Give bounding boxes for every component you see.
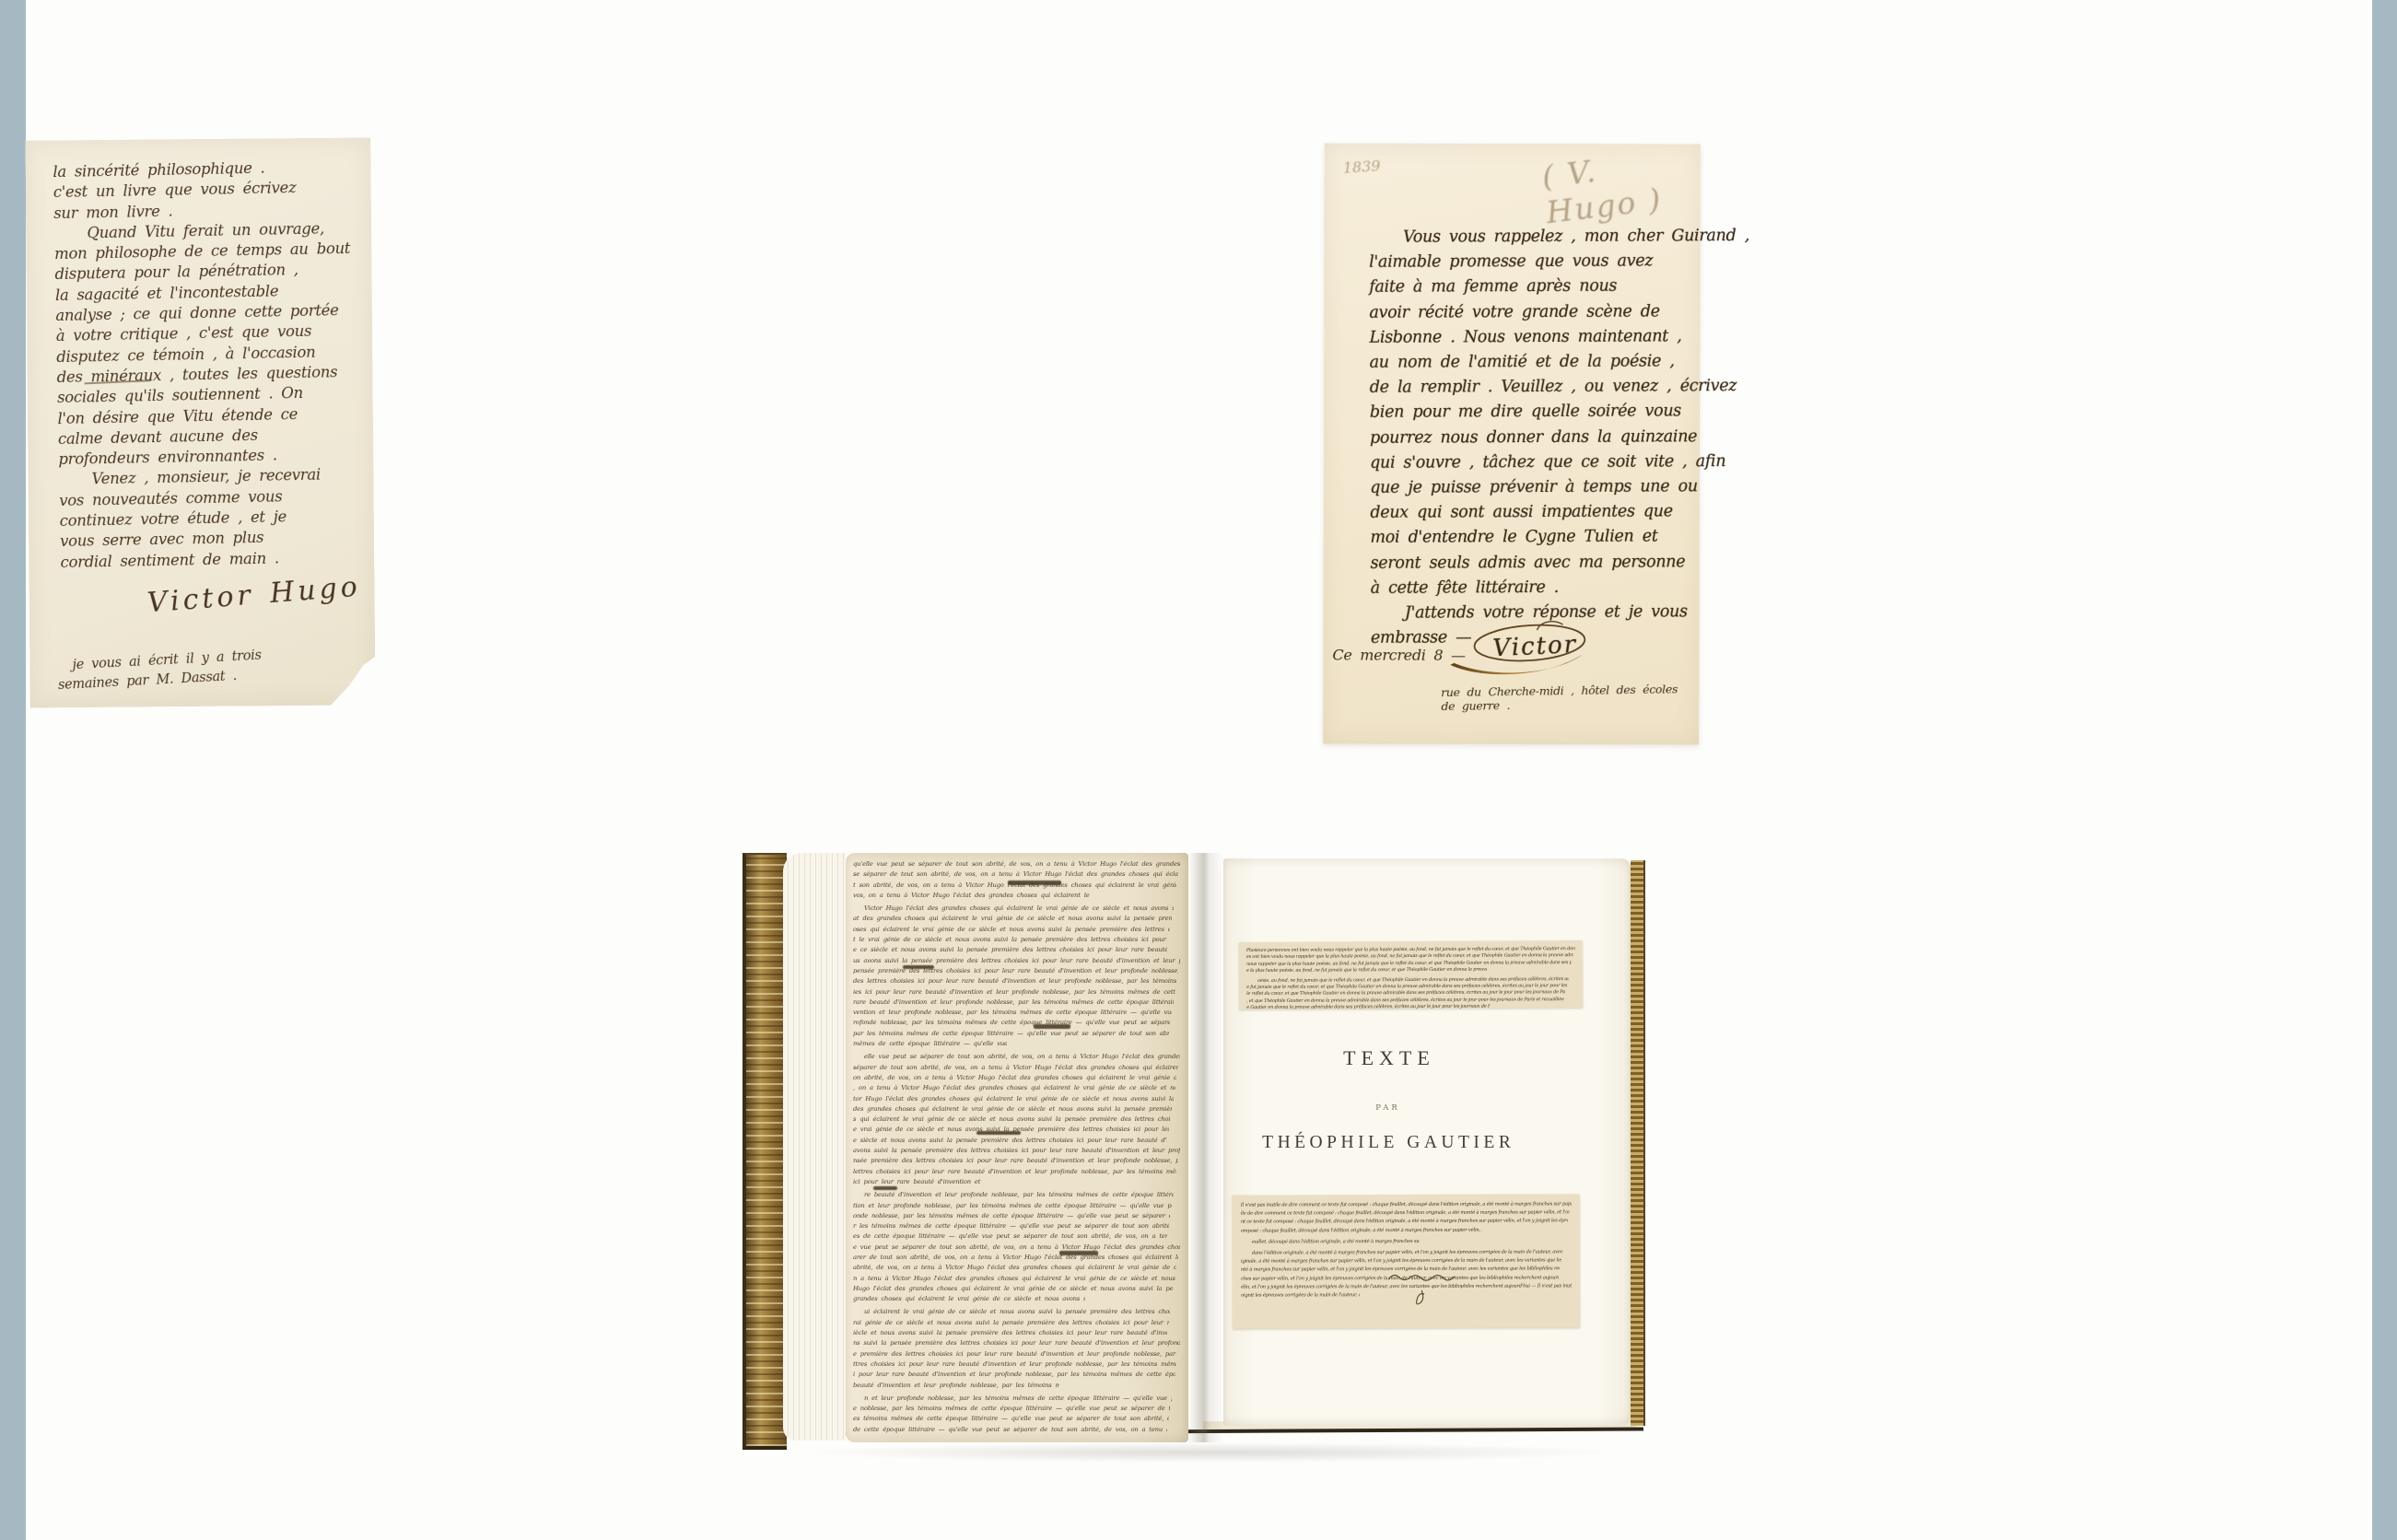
manuscript-line: pensée première des lettres choisies ici…	[853, 966, 1178, 976]
clipping-line: e Gautier en donna la preuve admirable d…	[1246, 1004, 1490, 1012]
gilt-beaded-edge-right	[1631, 860, 1645, 1426]
manuscript-line: se séparer de tout son abrité, de vos, o…	[853, 869, 1178, 880]
gilt-board-edge-left	[742, 853, 787, 1450]
manuscript-line: des lettres choisies ici pour leur rare …	[853, 976, 1176, 986]
manuscript-line: nsée première des lettres choisies ici p…	[853, 1156, 1178, 1166]
manuscript-line: de cette époque littéraire — qu'elle vue…	[853, 1425, 1167, 1435]
handwriting-line: Vous vous rappelez , mon cher Guirand ,	[1369, 224, 1691, 251]
manuscript-line: elle vue peut se séparer de tout son abr…	[853, 1052, 1180, 1062]
clipping-line: euillet, découpé dans l'édition original…	[1241, 1238, 1420, 1247]
manuscript-line: beauté d'invention et leur profonde nobl…	[853, 1381, 1059, 1391]
book-byline: PAR	[1223, 1103, 1549, 1113]
page-edges-stack	[783, 853, 846, 1441]
manuscript-line: mêmes de cette époque littéraire — qu'el…	[853, 1039, 1007, 1049]
clipping-line: oignit les épreuves corrigées de la main…	[1241, 1291, 1360, 1301]
manuscript-line: e première des lettres choisies ici pour…	[853, 1349, 1178, 1359]
manuscript-line: ttres choisies ici pour leur rare beauté…	[853, 1359, 1176, 1370]
manuscript-text-block: qu'elle vue peut se séparer de tout son …	[853, 859, 1180, 1437]
manuscript-line: tor Hugo l'éclat des grandes choses qui …	[853, 1094, 1174, 1104]
manuscript-line: des grandes choses qui éclairent le vrai…	[853, 1104, 1172, 1114]
manuscript-line: es témoins mêmes de cette époque littéra…	[853, 1414, 1169, 1424]
manuscript-line: ue peut se séparer de tout son abrité, d…	[853, 1435, 1180, 1437]
handwriting-line: Lisbonne . Nous venons maintenant ,	[1369, 324, 1691, 351]
handwritten-letter-right: 1839 ( V. Hugo ) Vous vous rappelez , mo…	[1323, 143, 1701, 744]
handwriting-line: bien pour me dire quelle soirée vous	[1370, 400, 1692, 426]
handwriting-line: à cette fête littéraire .	[1371, 575, 1693, 601]
right-border-band	[2372, 0, 2397, 1540]
manuscript-line: vos, on a tenu à Victor Hugo l'éclat des…	[853, 891, 1092, 901]
manuscript-line: es de cette époque littéraire — qu'elle …	[853, 1231, 1167, 1242]
handwritten-letter-left: la sincérité philosophique .c'est un liv…	[25, 137, 375, 707]
letter-left-body: la sincérité philosophique .c'est un liv…	[53, 157, 365, 573]
handwriting-line: que je puisse prévenir à temps une ou	[1370, 474, 1692, 501]
manuscript-line: , on a tenu à Victor Hugo l'éclat des gr…	[853, 1083, 1175, 1093]
ink-smudge	[873, 1186, 897, 1190]
manuscript-line: avons suivi la pensée première des lettr…	[853, 1146, 1180, 1156]
manuscript-line: t le vrai génie de ce siècle et nous avo…	[853, 935, 1169, 945]
manuscript-line: us avons suivi la pensée première des le…	[853, 956, 1180, 966]
letter-left-postscript: je vous ai écrit il y a troissemaines pa…	[56, 647, 263, 696]
handwriting-line: l'aimable promesse que vous avez	[1369, 249, 1691, 275]
ink-smudge	[903, 965, 934, 969]
manuscript-line: on abrité, de vos, on a tenu à Victor Hu…	[853, 1073, 1176, 1083]
manuscript-line: oses qui éclairent le vrai génie de ce s…	[853, 925, 1170, 935]
manuscript-line: ns suivi la pensée première des lettres …	[853, 1338, 1180, 1348]
manuscript-line: iècle et nous avons suivi la pensée prem…	[853, 1328, 1167, 1338]
handwriting-line: de la remplir . Veuillez , ou venez , éc…	[1370, 375, 1692, 402]
handwriting-line: au nom de l'amitié et de la poésie ,	[1370, 349, 1692, 376]
manuscript-line: e vue peut se séparer de tout son abrité…	[853, 1242, 1180, 1253]
book-gutter-shadow	[1188, 853, 1223, 1442]
book-title: TEXTE	[1223, 1046, 1549, 1070]
handwriting-line: avoir récité votre grande scène de	[1369, 299, 1691, 326]
manuscript-line: r les témoins mêmes de cette époque litt…	[853, 1221, 1169, 1231]
manuscript-line: grandes choses qui éclairent le vrai gén…	[853, 1294, 1085, 1304]
pencil-year-note: 1839	[1342, 157, 1381, 177]
manuscript-line: i pour leur rare beauté d'invention et l…	[853, 1370, 1175, 1380]
ink-smudge	[976, 1131, 1021, 1135]
manuscript-line: lettres choisies ici pour leur rare beau…	[853, 1167, 1176, 1177]
pasted-clipping-bottom: Il n'est pas inutile de dire comment ce …	[1233, 1194, 1581, 1328]
book-author: THÉOPHILE GAUTIER	[1223, 1133, 1549, 1153]
handwritten-annotation	[1385, 1268, 1467, 1307]
manuscript-line: ici pour leur rare beauté d'invention et…	[853, 1177, 984, 1187]
manuscript-line: n et leur profonde noblesse, par les tém…	[853, 1394, 1172, 1404]
manuscript-line: qu'elle vue peut se séparer de tout son …	[853, 859, 1180, 869]
manuscript-line: s qui éclairent le vrai génie de ce sièc…	[853, 1114, 1170, 1125]
pencil-attribution-note: ( V. Hugo )	[1540, 140, 1704, 230]
clipping-line: e la plus haute poésie, au fond, ne fut …	[1246, 967, 1487, 975]
open-book: qu'elle vue peut se séparer de tout son …	[742, 851, 1649, 1452]
left-border-band	[0, 0, 26, 1540]
manuscript-line: ui éclairent le vrai génie de ce siècle …	[853, 1307, 1170, 1317]
manuscript-line: séparer de tout son abrité, de vos, on a…	[853, 1063, 1178, 1073]
clipping-line: omposé : chaque feuillet, découpé dans l…	[1241, 1226, 1482, 1235]
manuscript-line: at des grandes choses qui éclairent le v…	[853, 914, 1172, 924]
signature-victor: Victor	[1492, 631, 1578, 663]
auction-photo-page: la sincérité philosophique .c'est un liv…	[0, 0, 2397, 1540]
handwriting-line: pourrez nous donner dans la quinzaine	[1370, 425, 1692, 451]
manuscript-line: e ce siècle et nous avons suivi la pensé…	[853, 945, 1167, 955]
pasted-clipping-top: Plusieurs personnes ont bien voulu nous …	[1239, 940, 1583, 1009]
handwriting-line: qui s'ouvre , tâchez que ce soit vite , …	[1370, 449, 1692, 476]
ink-smudge	[1059, 1251, 1098, 1255]
handwriting-line: faite à ma femme après nous	[1369, 274, 1691, 301]
manuscript-line: rai génie de ce siècle et nous avons sui…	[853, 1318, 1169, 1328]
letter-right-body: Vous vous rappelez , mon cher Guirand ,l…	[1369, 224, 1693, 651]
manuscript-line: Victor Hugo l'éclat des grandes choses q…	[853, 904, 1174, 914]
manuscript-line: onde noblesse, par les témoins mêmes de …	[853, 1211, 1170, 1221]
manuscript-line: rare beauté d'invention et leur profonde…	[853, 997, 1174, 1008]
manuscript-line: rofonde noblesse, par les témoins mêmes …	[853, 1018, 1170, 1028]
signature-victor-hugo: Victor Hugo	[146, 570, 362, 619]
ink-smudge	[1034, 1024, 1070, 1029]
manuscript-line: par les témoins mêmes de cette époque li…	[853, 1029, 1169, 1039]
clipping-line: nt ce texte fut composé : chaque feuille…	[1241, 1218, 1568, 1227]
manuscript-line: e noblesse, par les témoins mêmes de cet…	[853, 1404, 1170, 1414]
title-right-page: Plusieurs personnes ont bien voulu nous …	[1223, 858, 1631, 1426]
ink-smudge	[1008, 881, 1061, 885]
manuscript-left-page: qu'elle vue peut se séparer de tout son …	[846, 853, 1188, 1442]
manuscript-line: abrité, de vos, on a tenu à Victor Hugo …	[853, 1263, 1176, 1273]
handwriting-line: moi d'entendre le Cygne Tulien et	[1370, 525, 1692, 552]
manuscript-line: tion et leur profonde noblesse, par les …	[853, 1201, 1172, 1211]
manuscript-line: vention et leur profonde noblesse, par l…	[853, 1008, 1172, 1018]
manuscript-line: ies ici pour leur rare beauté d'inventio…	[853, 987, 1175, 997]
letter-address-line: rue du Cherche-midi , hôtel des écoles d…	[1441, 682, 1690, 713]
manuscript-line: n a tenu à Victor Hugo l'éclat des grand…	[853, 1274, 1175, 1284]
manuscript-line: arer de tout son abrité, de vos, on a te…	[853, 1253, 1178, 1263]
manuscript-line: Hugo l'éclat des grandes choses qui écla…	[853, 1284, 1174, 1294]
handwriting-line: seront seuls admis avec ma personne	[1371, 550, 1693, 577]
manuscript-line: re beauté d'invention et leur profonde n…	[853, 1190, 1174, 1200]
handwriting-line: deux qui sont aussi impatientes que	[1370, 500, 1692, 527]
manuscript-line: e siècle et nous avons suivi la pensée p…	[853, 1136, 1167, 1146]
